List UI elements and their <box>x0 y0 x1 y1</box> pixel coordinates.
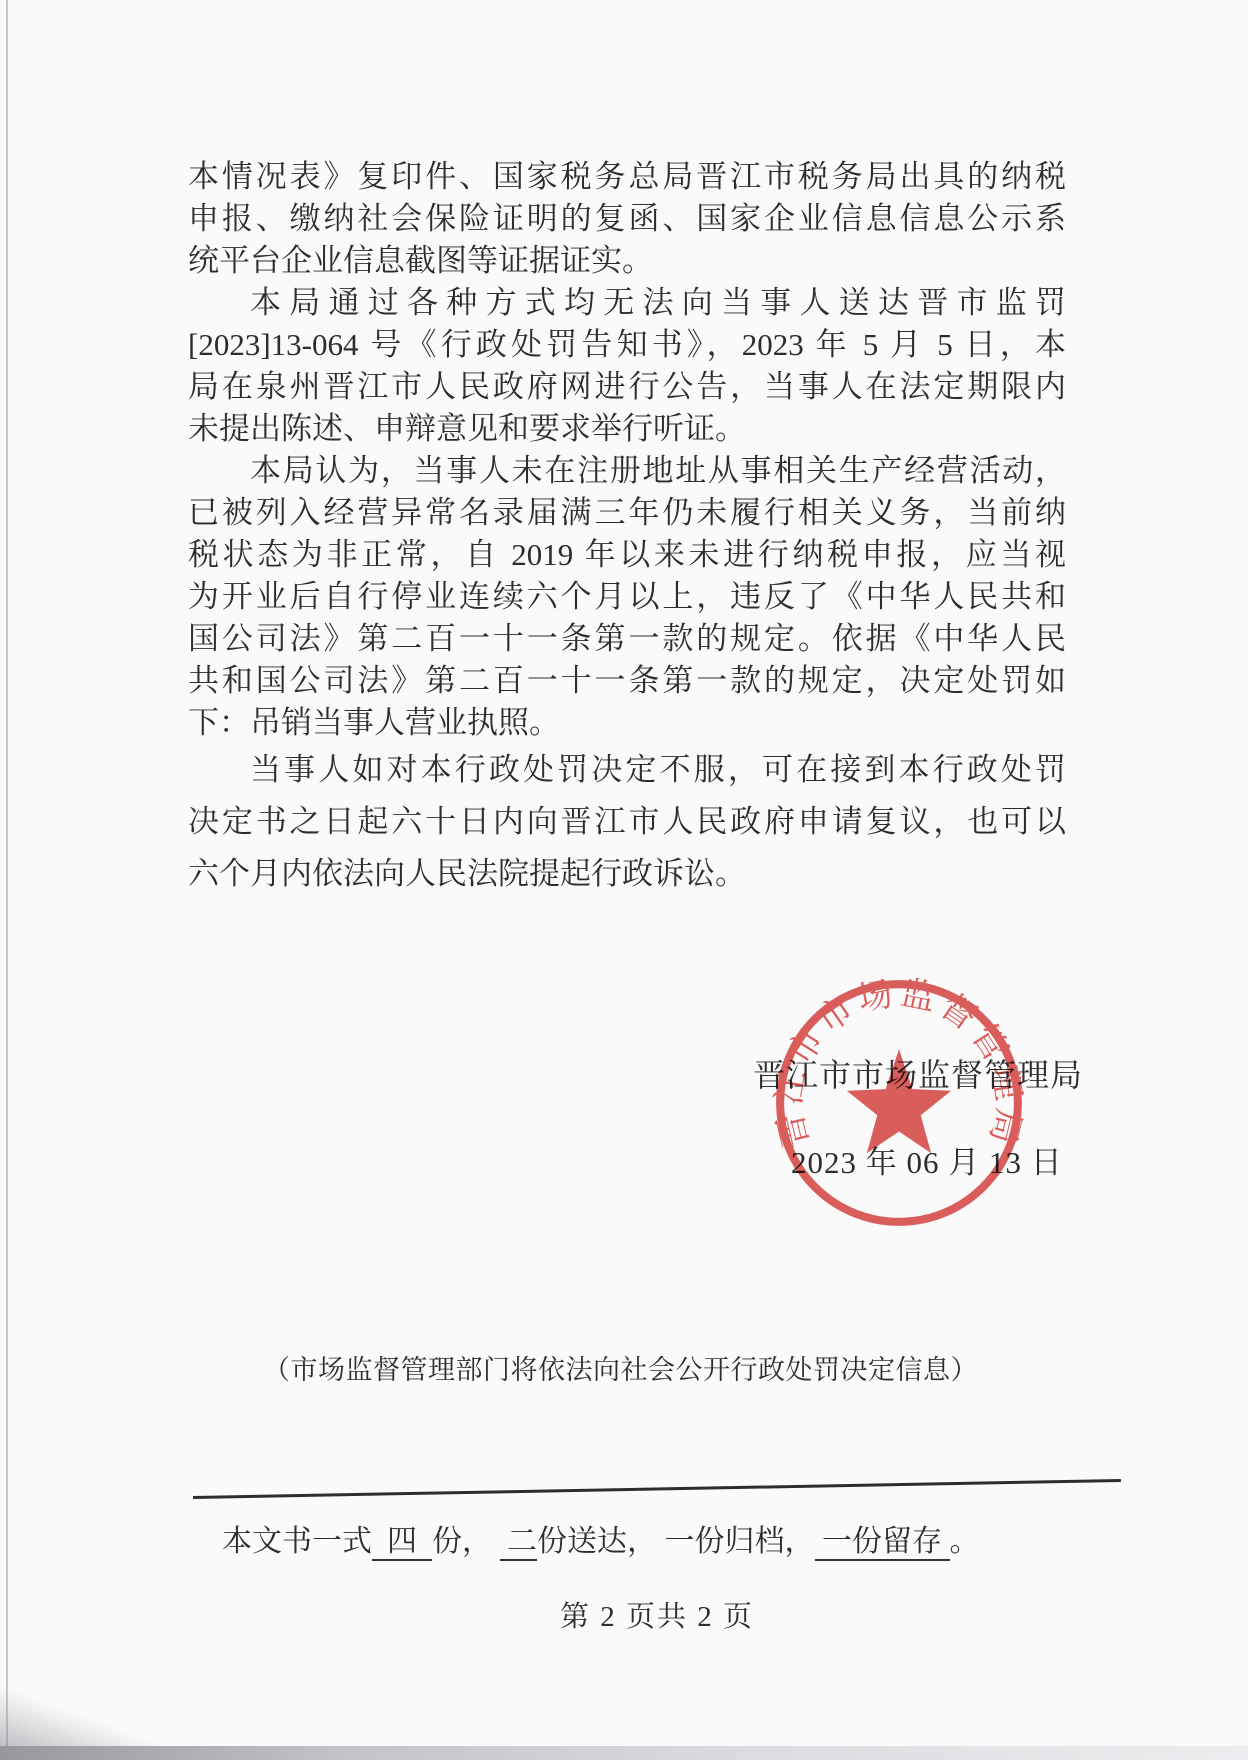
copy-distribution-line: 本文书一式 四 份， 二份送达， 一份归档， 一份留存 。 <box>222 1516 980 1560</box>
page-number: 第 2 页共 2 页 <box>560 1594 754 1635</box>
body-line: 未提出陈述、申辩意见和要求举行听证。 <box>188 408 1066 450</box>
body-line: 本局认为，当事人未在注册地址从事相关生产经营活动， <box>188 450 1066 492</box>
body-line: 决定书之日起六十日内向晋江市人民政府申请复议，也可以 <box>188 796 1066 848</box>
body-line: 六个月内依法向人民法院提起行政诉讼。 <box>188 848 1066 900</box>
distribution-segment: 。 <box>950 1525 980 1558</box>
document-body: 本情况表》复印件、国家税务总局晋江市税务局出具的纳税申报、缴纳社会保险证明的复函… <box>188 156 1066 900</box>
distribution-segment: 一份归档， <box>657 1525 815 1558</box>
scanned-document-page: 本情况表》复印件、国家税务总局晋江市税务局出具的纳税申报、缴纳社会保险证明的复函… <box>0 0 1248 1760</box>
body-line: 统平台企业信息截图等证据证实。 <box>188 240 1066 282</box>
distribution-segment: 四 <box>372 1525 432 1561</box>
body-line: 局在泉州晋江市人民政府网进行公告，当事人在法定期限内 <box>188 366 1066 408</box>
distribution-segment: 份， <box>432 1525 492 1558</box>
body-line: 为开业后自行停业连续六个月以上，违反了《中华人民共和 <box>188 576 1066 618</box>
body-line: 已被列入经营异常名录届满三年仍未履行相关义务，当前纳 <box>188 492 1066 534</box>
body-line: 本情况表》复印件、国家税务总局晋江市税务局出具的纳税 <box>188 156 1066 198</box>
footer-divider <box>193 1479 1121 1499</box>
distribution-segment: 一份留存 <box>815 1525 950 1561</box>
public-disclosure-note: （市场监督管理部门将依法向社会公开行政处罚决定信息） <box>263 1348 978 1387</box>
body-line: 税状态为非正常，自 2019 年以来未进行纳税申报，应当视 <box>188 534 1066 576</box>
distribution-segment: 本文书一式 <box>222 1525 372 1558</box>
body-line: 共和国公司法》第二百一十一条第一款的规定，决定处罚如 <box>188 660 1066 702</box>
body-line: [2023]13-064 号《行政处罚告知书》，2023 年 5 月 5 日，本 <box>188 324 1066 366</box>
scan-corner-shadow <box>0 1672 170 1746</box>
distribution-segment <box>492 1525 500 1558</box>
body-line: 申报、缴纳社会保险证明的复函、国家企业信息信息公示系 <box>188 198 1066 240</box>
body-line: 当事人如对本行政处罚决定不服，可在接到本行政处罚 <box>188 744 1066 796</box>
scan-edge-bottom <box>0 1746 1248 1760</box>
distribution-segment: 二 <box>500 1525 538 1561</box>
official-seal-stamp: 晋江市市场监督管理局 <box>772 976 1026 1230</box>
body-line: 国公司法》第二百一十一条第一款的规定。依据《中华人民 <box>188 618 1066 660</box>
scan-edge-left <box>6 0 8 1746</box>
seal-star-icon <box>847 1049 951 1153</box>
body-line: 下：吊销当事人营业执照。 <box>188 702 1066 744</box>
body-line: 本局通过各种方式均无法向当事人送达晋市监罚 <box>188 282 1066 324</box>
distribution-segment: 份送达， <box>537 1525 657 1558</box>
